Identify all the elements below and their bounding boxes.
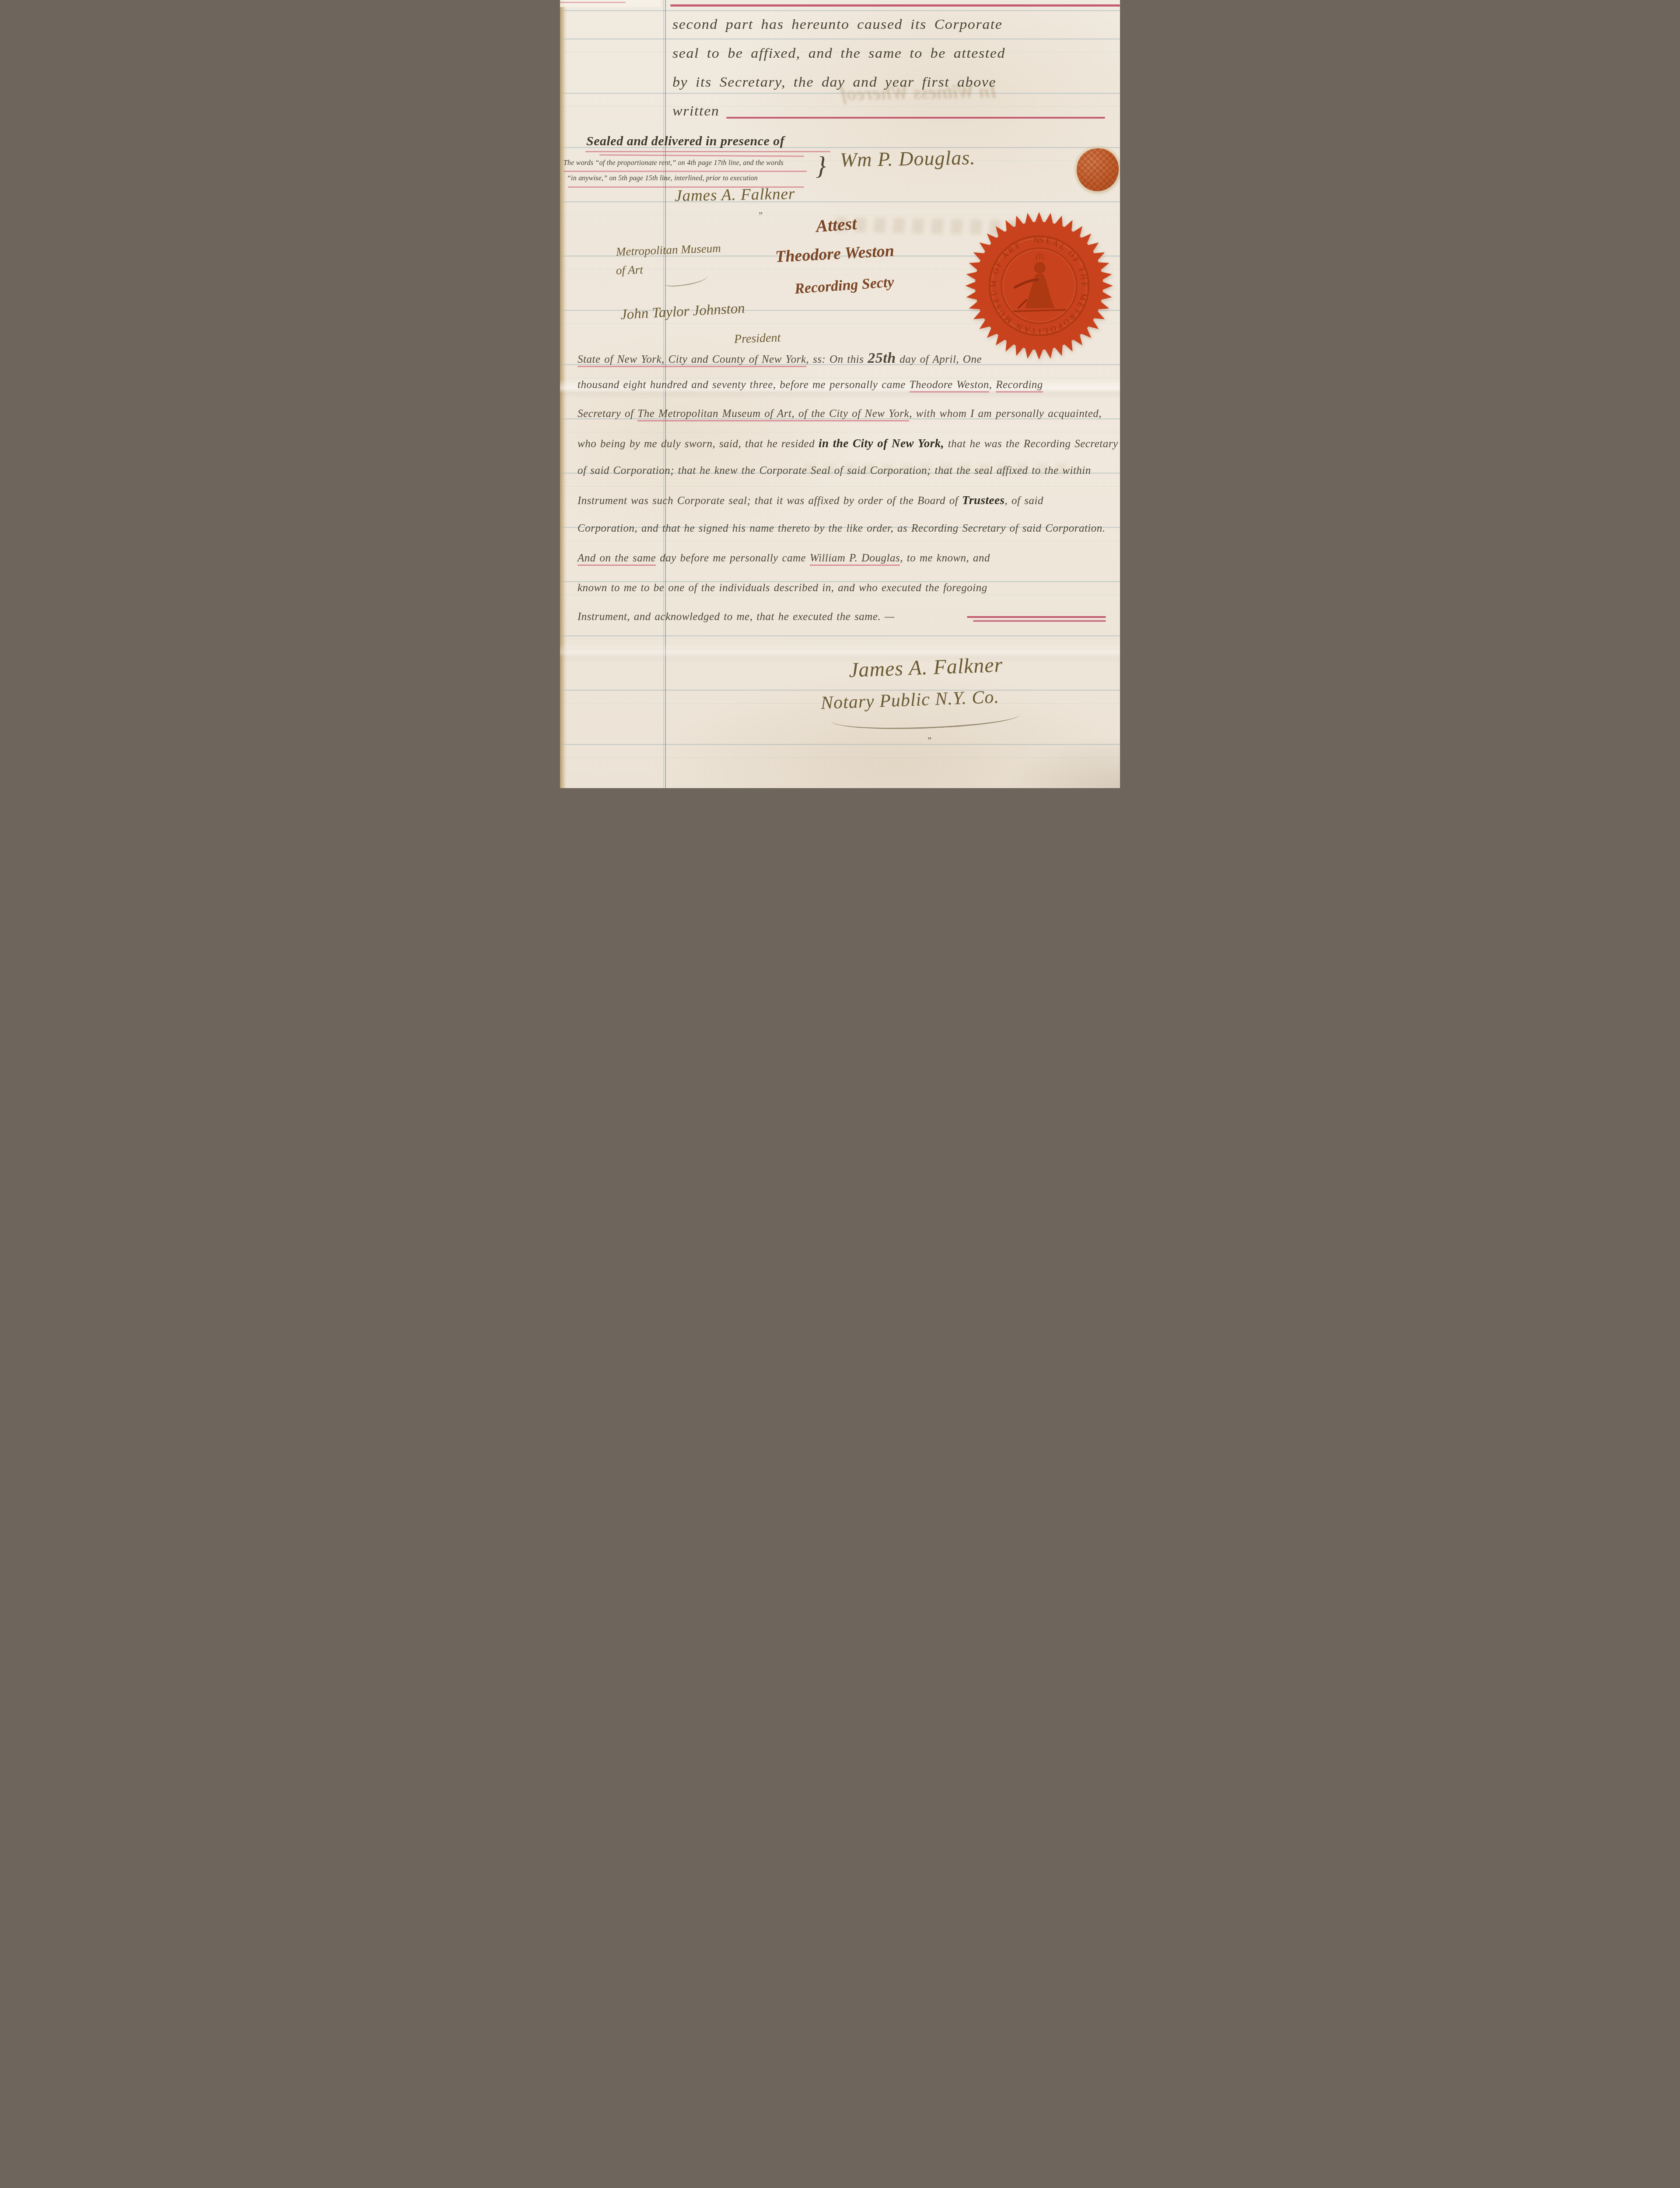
notary-line-6-rest: , of said [1005,495,1043,507]
notary-line-2: thousand eight hundred and seventy three… [577,379,1043,391]
corporate-seal: SEAL OF THE METROPOLITAN MUSEUM OF ART ·… [964,210,1114,361]
red-underline [563,171,807,172]
notary-line-4-inserted: in the City of New York, [819,437,944,450]
notary-line-8-rest: , to me known, and [900,552,990,564]
top-red-rule-fragment [560,2,626,3]
page-top-edge [560,0,661,7]
notary-line-3-org: The Metropolitan Museum of Art, of the C… [637,408,909,421]
witness-signature: James A. Falkner [675,185,795,206]
closing-line-1: second part has hereunto caused its Corp… [672,17,1003,32]
corner-shadow [1006,736,1120,788]
notary-line-7: Corporation, and that he signed his name… [577,522,1106,535]
notary-line-8: And on the same day before me personally… [577,552,990,565]
notary-line-2-sep: , [989,379,996,391]
notary-line-1-rest: day of April, One [896,354,982,365]
interlineation-note-1: The words “of the proportionate rent,” o… [563,159,784,167]
notary-line-1-underlined: State of New York, City and County of Ne… [577,354,806,367]
notary-line-2-text: thousand eight hundred and seventy three… [577,379,910,391]
notary-line-10: Instrument, and acknowledged to me, that… [577,611,895,623]
notary-line-2-title: Recording [996,379,1043,393]
ditto-mark: ” [927,736,931,746]
notary-line-3-rest: , with whom I am personally acquainted, [909,408,1102,420]
ditto-mark: ” [758,211,763,221]
notary-line-4-rest: that he was the Recording Secretary [944,438,1118,450]
closing-red-rule [973,620,1106,622]
closing-brace: } [815,151,826,181]
closing-red-rule [967,616,1106,618]
org-name-line-2: of Art [616,263,643,277]
sealed-delivered-line: Sealed and delivered in presence of [586,134,784,149]
notary-line-5: of said Corporation; that he knew the Co… [577,465,1091,477]
president-title: President [734,331,780,347]
notary-line-1: State of New York, City and County of Ne… [577,350,982,367]
notary-line-9: known to me to be one of the individuals… [577,582,987,594]
notary-line-4: who being by me duly sworn, said, that h… [577,437,1118,450]
closing-line-4: written [672,103,719,119]
blank-filler-rule [726,117,1105,119]
notary-line-6-inserted: Trustees [962,494,1005,507]
red-underline [585,151,830,152]
notary-line-6: Instrument was such Corporate seal; that… [577,494,1043,507]
notary-line-6-text: Instrument was such Corporate seal; that… [577,495,962,507]
notary-line-8-text: day before me personally came [656,552,809,564]
top-red-rule [670,4,1120,7]
corporate-seal-graphic: SEAL OF THE METROPOLITAN MUSEUM OF ART ·… [964,210,1114,361]
grantee-signature: Wm P. Douglas. [840,146,976,171]
notary-line-3: Secretary of The Metropolitan Museum of … [577,408,1102,420]
notary-line-1-text: , ss: On this [806,354,868,365]
notary-line-8-name: William P. Douglas [810,552,900,566]
manuscript-page: In Witness Whereof second part has hereu… [560,0,1120,788]
closing-line-2: seal to be affixed, and the same to be a… [672,46,1005,61]
notary-line-8-underlined: And on the same [577,552,656,566]
attest-label: Attest [815,213,857,236]
notary-line-1-day: 25th [868,350,896,366]
fold-crease [560,643,1120,663]
closing-line-3: by its Secretary, the day and year first… [672,74,996,90]
notary-line-4-text: who being by me duly sworn, said, that h… [577,438,819,450]
notary-line-3-text: Secretary of [577,408,637,420]
notary-line-2-name: Theodore Weston [910,379,989,393]
interlineation-note-2: “in anywise,” on 5th page 15th line, int… [567,175,758,182]
wafer-seal [1077,148,1119,191]
